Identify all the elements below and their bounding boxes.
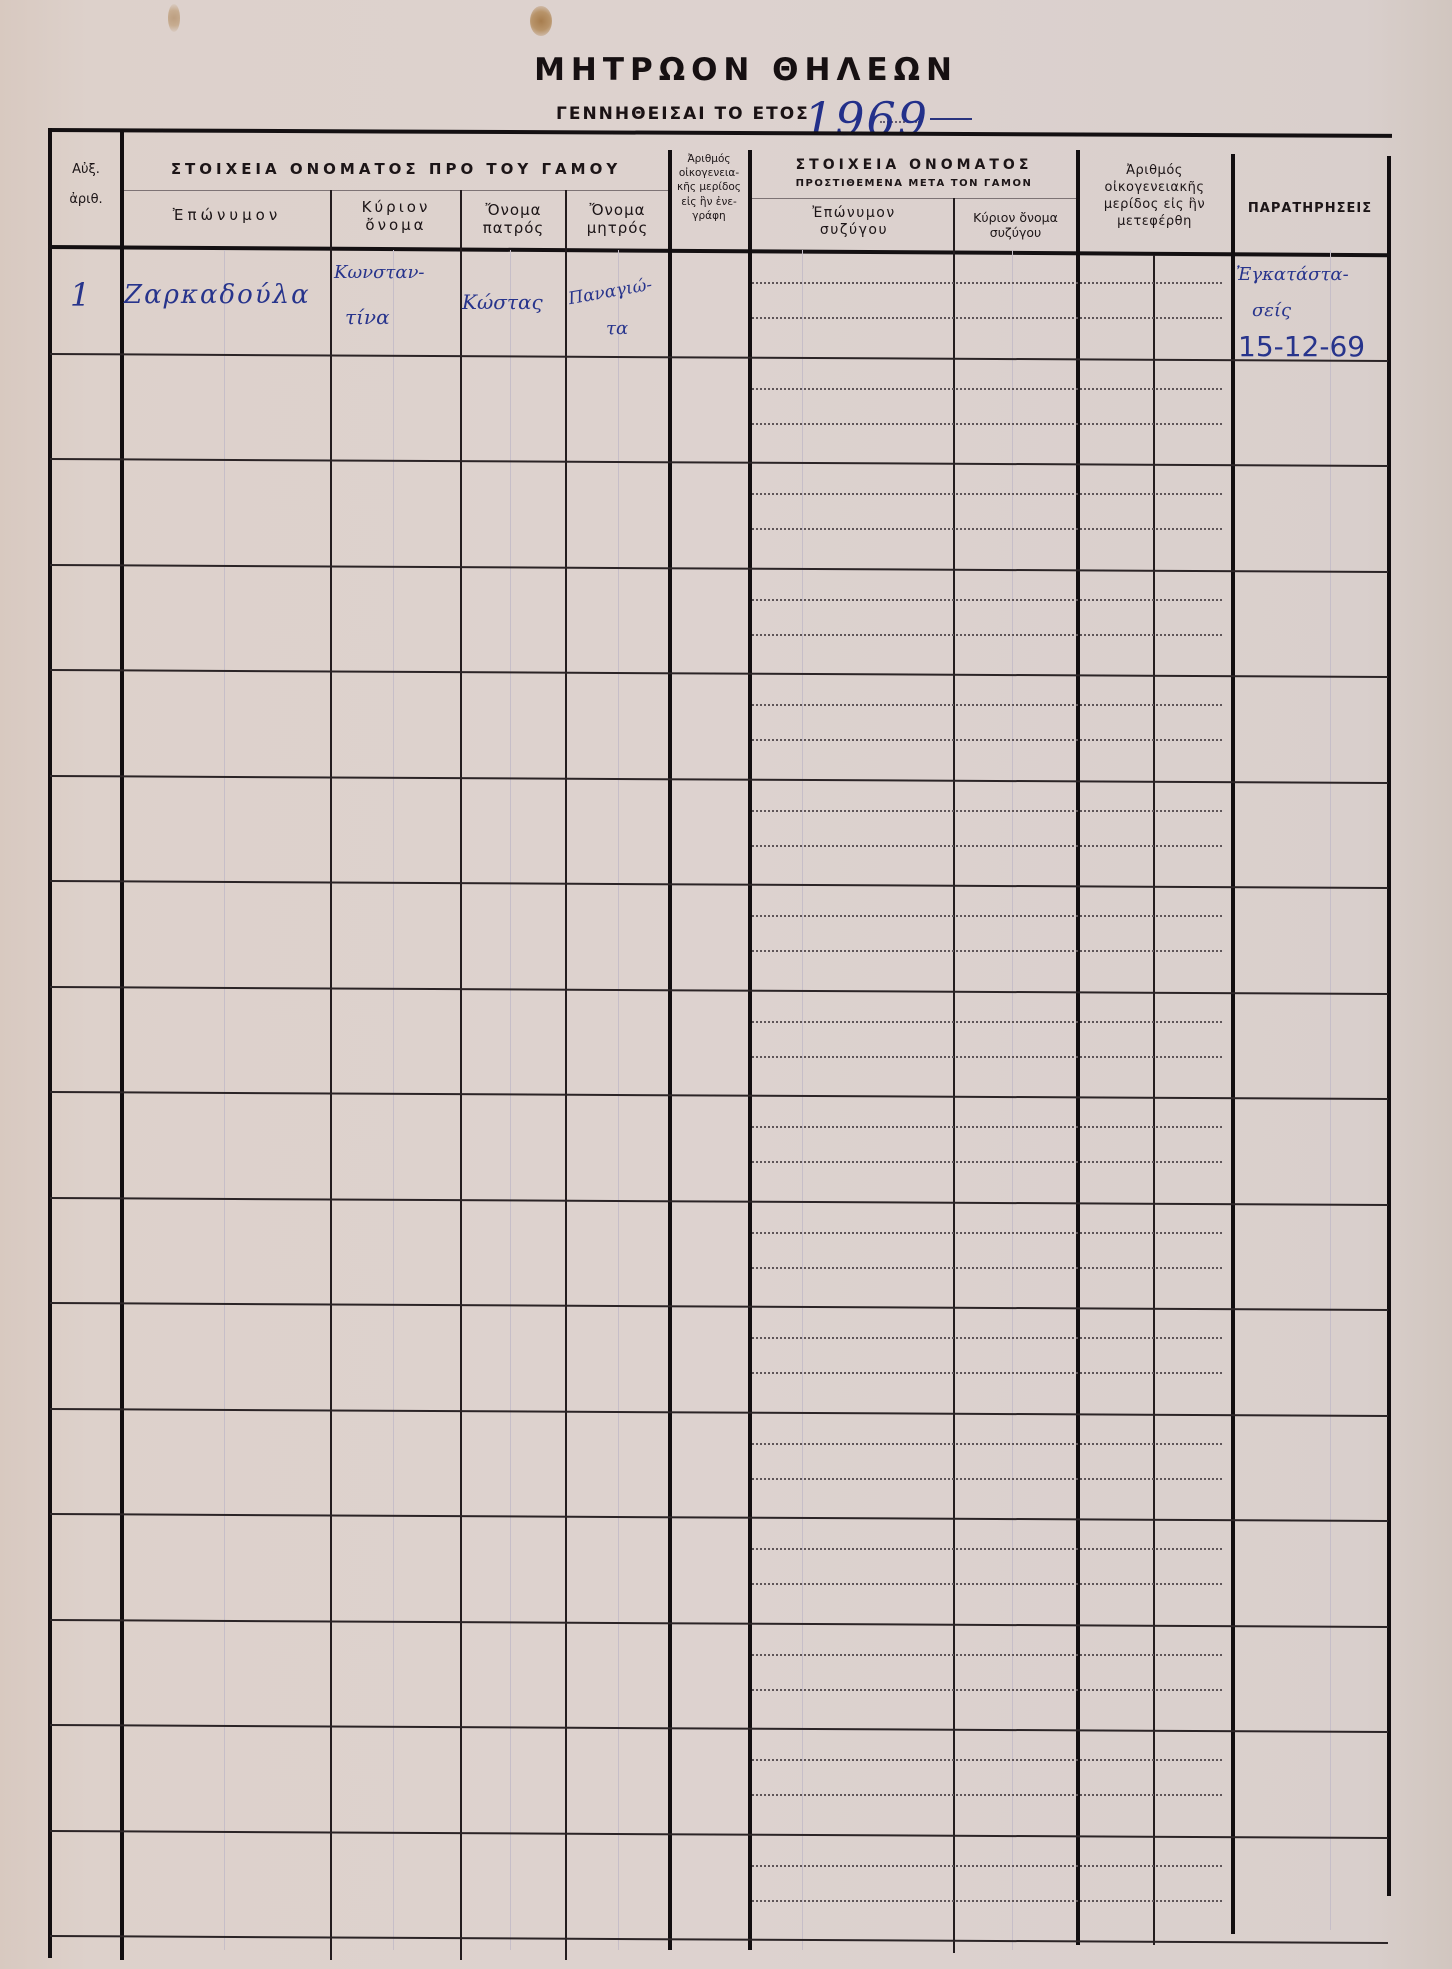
row-subline-dotted: [752, 810, 1222, 812]
header-bottom-border: [48, 245, 1390, 257]
col-line-surname: [330, 190, 332, 1960]
header-fst-line: μερίδος εἰς ἣν: [1078, 197, 1231, 214]
row-divider: [50, 1724, 1388, 1733]
header-first-name-line2: ὄνομα: [332, 216, 460, 234]
header-group-after-marriage: ΣΤΟΙΧΕΙΑ ΟΝΟΜΑΤΟΣ: [752, 157, 1076, 174]
header-spouse-surname-line2: συζύγου: [755, 222, 953, 239]
cell-remarks-date: 15-12-69: [1238, 330, 1365, 363]
header-father-name-line1: Ὄνομα: [462, 201, 565, 219]
row-divider: [50, 1830, 1388, 1839]
cell-surname: Ζαρκαδούλα: [124, 280, 311, 310]
row-subline-dotted: [752, 1443, 1222, 1445]
row-subline-dotted: [752, 1759, 1222, 1761]
row-subline-dotted: [752, 704, 1222, 706]
row-divider: [50, 669, 1388, 678]
row-subline-dotted: [752, 1372, 1222, 1374]
cell-father-name: Κώστας: [462, 290, 543, 314]
row-subline-dotted: [752, 950, 1222, 952]
row-divider: [50, 775, 1388, 784]
row-subline-dotted: [752, 915, 1222, 917]
faint-guide: [802, 250, 803, 1950]
header-spouse-surname: Ἐπώνυμον συζύγου: [755, 205, 953, 239]
faint-guide: [393, 250, 394, 1950]
header-fsr-line: εἰς ἣν ἐνε-: [670, 195, 748, 209]
row-subline-dotted: [752, 634, 1222, 636]
cell-mother-name-2: τα: [606, 318, 628, 339]
cell-serial: 1: [70, 276, 90, 314]
row-divider: [50, 1935, 1388, 1944]
row-subline-dotted: [752, 1267, 1222, 1269]
faint-guide: [1012, 250, 1013, 1950]
table-right-border: [1387, 156, 1391, 1896]
faint-guide: [224, 250, 225, 1950]
row-subline-dotted: [752, 1161, 1222, 1163]
header-father-name-line2: πατρός: [462, 219, 565, 237]
header-fsr-line: οἰκογενεια-: [670, 166, 748, 180]
row-subline-dotted: [752, 1794, 1222, 1796]
header-divider-left: [122, 190, 668, 191]
header-spouse-first-name: Κύριον ὄνομα συζύγου: [955, 210, 1076, 240]
row-subline-dotted: [752, 317, 1222, 319]
faint-guide: [1330, 250, 1331, 1930]
header-fst-line: Ἀριθμός: [1078, 163, 1231, 180]
col-line-mother: [668, 150, 672, 1950]
row-subline-dotted: [752, 1865, 1222, 1867]
col-line-spouse-first: [1076, 150, 1080, 1945]
header-family-share-transferred: Ἀριθμός οἰκογενειακῆς μερίδος εἰς ἣν μετ…: [1078, 163, 1231, 231]
table-top-border: [48, 128, 1392, 138]
header-serial-line2: ἀριθ.: [52, 192, 120, 208]
header-father-name: Ὄνομα πατρός: [462, 201, 565, 237]
header-fsr-line: κῆς μερίδος: [670, 180, 748, 194]
row-subline-dotted: [752, 739, 1222, 741]
cell-first-name-1: Κωνσταν-: [334, 262, 425, 283]
row-subline-dotted: [752, 1478, 1222, 1480]
faint-guide: [510, 250, 511, 1950]
header-group-after-marriage-sub: ΠΡΟΣΤΙΘΕΜΕΝΑ ΜΕΤΑ ΤΟΝ ΓΑΜΟΝ: [752, 178, 1076, 190]
header-family-share-registered: Ἀριθμός οἰκογενεια- κῆς μερίδος εἰς ἣν ἐ…: [670, 152, 748, 223]
header-serial: Αὐξ. ἀριθ.: [52, 162, 120, 207]
header-serial-line1: Αὐξ.: [52, 162, 120, 178]
header-spouse-first-line2: συζύγου: [955, 225, 1076, 240]
cell-remarks-2: σείς: [1252, 300, 1291, 321]
row-subline-dotted: [752, 493, 1222, 495]
header-spouse-surname-line1: Ἐπώνυμον: [755, 205, 953, 222]
row-subline-dotted: [752, 1232, 1222, 1234]
col-line-father: [565, 190, 567, 1960]
header-mother-name-line1: Ὄνομα: [567, 201, 668, 219]
header-first-name: Κύριον ὄνομα: [332, 198, 460, 234]
row-subline-dotted: [752, 1654, 1222, 1656]
cell-remarks-1: Ἐγκατάστα-: [1236, 264, 1349, 285]
header-divider-right: [750, 198, 1078, 199]
header-mother-name-line2: μητρός: [567, 219, 668, 237]
header-fsr-line: γράφη: [670, 209, 748, 223]
row-divider: [50, 1513, 1388, 1522]
header-first-name-line1: Κύριον: [332, 198, 460, 216]
row-subline-dotted: [752, 845, 1222, 847]
row-divider: [50, 986, 1388, 995]
row-subline-dotted: [752, 1337, 1222, 1339]
faint-guide: [618, 250, 619, 1950]
row-subline-dotted: [752, 1548, 1222, 1550]
header-fst-line: μετεφέρθη: [1078, 214, 1231, 231]
row-subline-dotted: [752, 388, 1222, 390]
row-subline-dotted: [752, 1583, 1222, 1585]
header-remarks: ΠΑΡΑΤΗΡΗΣΕΙΣ: [1233, 201, 1387, 217]
row-subline-dotted: [752, 1056, 1222, 1058]
row-subline-dotted: [752, 423, 1222, 425]
header-surname: Ἐπώνυμον: [124, 206, 330, 224]
row-subline-dotted: [752, 528, 1222, 530]
row-divider: [50, 353, 1388, 362]
row-divider: [50, 458, 1388, 467]
row-divider: [50, 1408, 1388, 1417]
row-divider: [50, 1302, 1388, 1311]
cell-first-name-2: τίνα: [345, 305, 390, 329]
header-fsr-line: Ἀριθμός: [670, 152, 748, 166]
header-spouse-first-line1: Κύριον ὄνομα: [955, 210, 1076, 225]
header-group-before-marriage: ΣΤΟΙΧΕΙΑ ΟΝΟΜΑΤΟΣ ΠΡΟ ΤΟΥ ΓΑΜΟΥ: [124, 160, 668, 178]
row-divider: [50, 880, 1388, 889]
col-line-firstname: [460, 190, 462, 1960]
row-subline-dotted: [752, 599, 1222, 601]
row-divider: [50, 1197, 1388, 1206]
row-divider: [50, 564, 1388, 573]
row-divider: [50, 1091, 1388, 1100]
col-line-serial: [120, 130, 124, 1960]
header-fst-line: οἰκογενειακῆς: [1078, 180, 1231, 197]
table-left-border: [48, 128, 52, 1958]
row-divider: [50, 1619, 1388, 1628]
col-line-family-trans-split: [1153, 255, 1155, 1945]
row-subline-dotted: [752, 1900, 1222, 1902]
row-subline-dotted: [752, 282, 1222, 284]
col-line-family-reg: [748, 150, 752, 1950]
header-mother-name: Ὄνομα μητρός: [567, 201, 668, 237]
row-subline-dotted: [752, 1689, 1222, 1691]
col-line-family-trans: [1231, 154, 1235, 1934]
row-subline-dotted: [752, 1021, 1222, 1023]
row-subline-dotted: [752, 1126, 1222, 1128]
